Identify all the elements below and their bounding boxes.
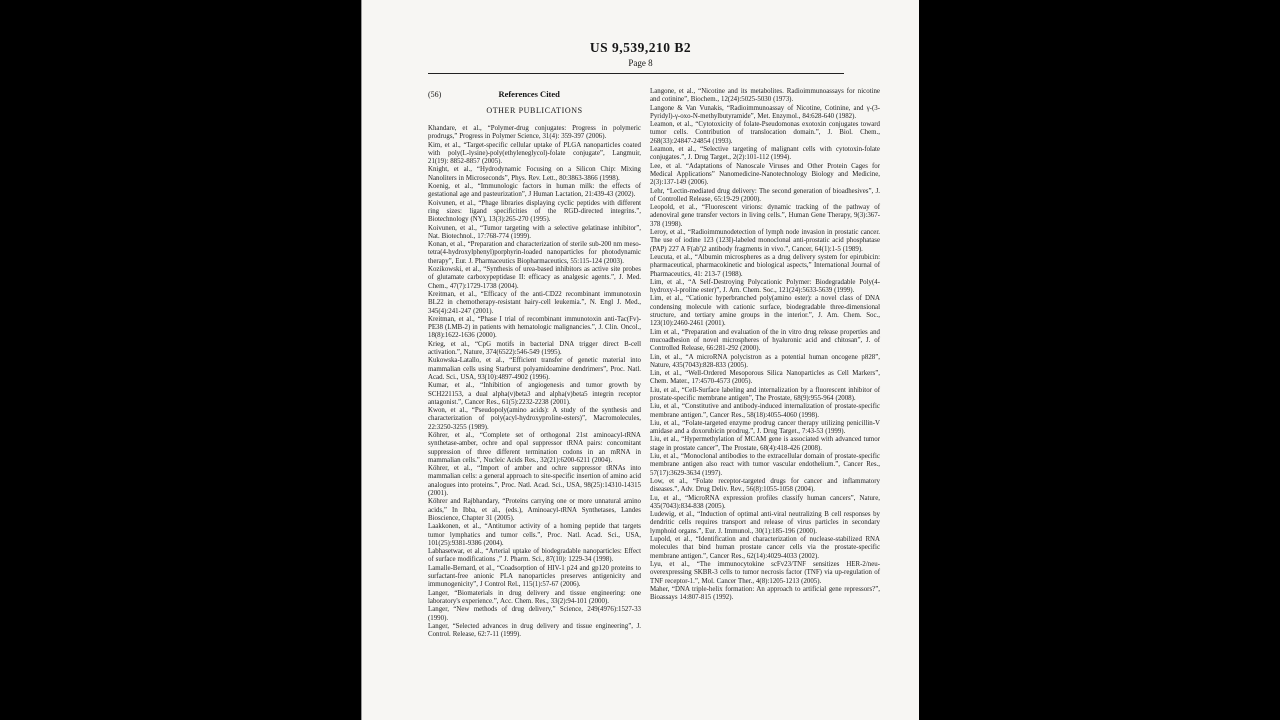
citation: Liu, et al., “Constitutive and antibody-… — [650, 403, 880, 420]
header-rule — [428, 73, 844, 74]
citation: Liu, et al., “Folate-targeted enzyme pro… — [650, 420, 880, 437]
citation: Langer, “Selected advances in drug deliv… — [428, 623, 641, 640]
citation: Lee, et al. “Adaptations of Nanoscale Vi… — [650, 163, 880, 188]
citation: Kreitman, et al., “Efficacy of the anti-… — [428, 291, 641, 316]
citation: Low, et al., “Folate receptor-targeted d… — [650, 478, 880, 495]
references-cited-heading: References Cited — [441, 89, 641, 99]
citation: Kumar, et al., “Inhibition of angiogenes… — [428, 382, 641, 407]
citation: Leamon, et al., “Cytotoxicity of folate-… — [650, 121, 880, 146]
field-code-label: (56) — [428, 90, 441, 99]
other-publications-heading: OTHER PUBLICATIONS — [428, 106, 641, 115]
citation: Krieg, et al., “CpG motifs in bacterial … — [428, 341, 641, 358]
citation: Knight, et al., “Hydrodynamic Focusing o… — [428, 166, 641, 183]
citation: Liu, et al., “Cell-Surface labeling and … — [650, 387, 880, 404]
citation: Lupold, et al., “Identification and char… — [650, 536, 880, 561]
patent-header: US 9,539,210 B2 Page 8 — [362, 40, 919, 68]
citation: Lin, et al., “Well-Ordered Mesoporous Si… — [650, 370, 880, 387]
citation: Koivunen, et al., “Phage libraries displ… — [428, 200, 641, 225]
citation: Laakkonen, et al., “Antitumor activity o… — [428, 523, 641, 548]
citations-column-right: Langone, et al., “Nicotine and its metab… — [650, 88, 880, 639]
citation: Khandare, et al., “Polymer-drug conjugat… — [428, 125, 641, 142]
citation: Konan, et al., “Preparation and characte… — [428, 241, 641, 266]
citation: Koivunen, et al., “Tumor targeting with … — [428, 225, 641, 242]
citation: Leopold, et al., “Fluorescent virions: d… — [650, 204, 880, 229]
citation: Leamon, et al., “Selective targeting of … — [650, 146, 880, 163]
citation: Lehr, “Lectin-mediated drug delivery: Th… — [650, 188, 880, 205]
citation: Ludewig, et al., “Induction of optimal a… — [650, 511, 880, 536]
citation: Langer, “New methods of drug delivery,” … — [428, 606, 641, 623]
citation: Köhrer, et al., “Import of amber and och… — [428, 465, 641, 498]
references-cited-heading-row: (56) References Cited — [428, 89, 641, 99]
viewer-background: US 9,539,210 B2 Page 8 (56) References C… — [0, 0, 1280, 720]
citation: Liu, et al., “Monoclonal antibodies to t… — [650, 453, 880, 478]
citation: Lim, et al., “Cationic hyperbranched pol… — [650, 295, 880, 328]
citation: Köhrer and Rajbhandary, “Proteins carryi… — [428, 498, 641, 523]
citation: Lim et al., “Preparation and evaluation … — [650, 329, 880, 354]
citation: Liu, et al., “Hypermethylation of MCAM g… — [650, 436, 880, 453]
citation: Langone, et al., “Nicotine and its metab… — [650, 88, 880, 105]
citation-list-right: Langone, et al., “Nicotine and its metab… — [650, 88, 880, 602]
citation: Kozikowski, et al., “Synthesis of urea-b… — [428, 266, 641, 291]
citation: Maher, “DNA triple-helix formation: An a… — [650, 586, 880, 603]
citation: Lin, et al., “A microRNA polycistron as … — [650, 354, 880, 371]
citation: Lim, et al., “A Self-Destroying Polycati… — [650, 279, 880, 296]
references-section: (56) References Cited OTHER PUBLICATIONS… — [362, 88, 919, 639]
patent-page: US 9,539,210 B2 Page 8 (56) References C… — [361, 0, 919, 720]
citation: Koenig, et al., “Immunologic factors in … — [428, 183, 641, 200]
citation: Langer, “Biomaterials in drug delivery a… — [428, 590, 641, 607]
citation: Kim, et al., “Target-specific cellular u… — [428, 142, 641, 167]
citation: Lu, et al., “MicroRNA expression profile… — [650, 495, 880, 512]
citation: Kukowska-Latallo, et al., “Efficient tra… — [428, 357, 641, 382]
citation: Leroy, et al., “Radioimmunodetection of … — [650, 229, 880, 254]
citation: Köhrer, et al., “Complete set of orthogo… — [428, 432, 641, 465]
citation-list-left: Khandare, et al., “Polymer-drug conjugat… — [428, 125, 641, 639]
citations-column-left: (56) References Cited OTHER PUBLICATIONS… — [428, 88, 641, 639]
citation: Lamalle-Bernard, et al., “Coadsorption o… — [428, 565, 641, 590]
citation: Lyu, et al., “The immunocytokine scFv23/… — [650, 561, 880, 586]
citation: Labhasetwar, et al., “Arterial uptake of… — [428, 548, 641, 565]
citation: Kreitman, et al., “Phase I trial of reco… — [428, 316, 641, 341]
citation: Leucuta, et al., “Albumin microspheres a… — [650, 254, 880, 279]
citation: Kwon, et al., “Pseudopoly(amino acids): … — [428, 407, 641, 432]
citation: Langone & Van Vunakis, “Radioimmunoassay… — [650, 105, 880, 122]
patent-number: US 9,539,210 B2 — [362, 40, 919, 56]
page-number-label: Page 8 — [362, 58, 919, 68]
